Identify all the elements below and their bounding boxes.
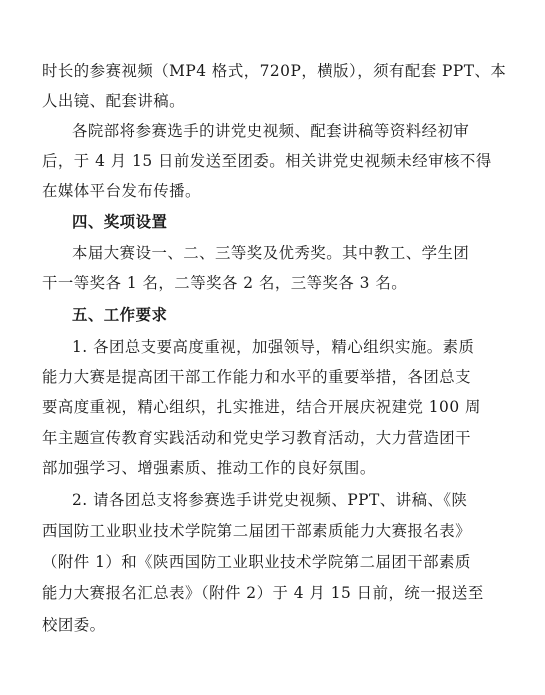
body-line: 在媒体平台发布传播。 [42,176,462,206]
paragraph-start: 2. 请各团总支将参赛选手讲党史视频、PPT、讲稿、《陕 [42,485,462,515]
body-line: 校团委。 [42,610,462,640]
body-line: （附件 1）和《陕西国防工业职业技术学院第二届团干部素质 [42,547,462,577]
body-line: 能力大赛是提高团干部工作能力和水平的重要举措，各团总支 [42,362,462,392]
body-line: 时长的参赛视频（MP4 格式，720P，横版），须有配套 PPT、本 [42,56,462,86]
body-line: 年主题宣传教育实践活动和党史学习教育活动，大力营造团干 [42,423,462,453]
body-line: 要高度重视，精心组织，扎实推进，结合开展庆祝建党 100 周 [42,392,462,422]
paragraph-start: 各院部将参赛选手的讲党史视频、配套讲稿等资料经初审 [42,116,462,146]
paragraph-start: 本届大赛设一、二、三等奖及优秀奖。其中教工、学生团 [42,238,462,268]
body-line: 干一等奖各 1 名，二等奖各 2 名，三等奖各 3 名。 [42,268,462,298]
body-line: 部加强学习、增强素质、推动工作的良好氛围。 [42,453,462,483]
section-heading-awards: 四、奖项设置 [42,207,492,237]
body-line: 后，于 4 月 15 日前发送至团委。相关讲党史视频未经审核不得 [42,146,462,176]
section-heading-requirements: 五、工作要求 [42,300,492,330]
paragraph-start: 1. 各团总支要高度重视，加强领导，精心组织实施。素质 [42,332,462,362]
body-line: 能力大赛报名汇总表》（附件 2）于 4 月 15 日前，统一报送至 [42,578,462,608]
body-line: 西国防工业职业技术学院第二届团干部素质能力大赛报名表》 [42,516,462,546]
body-line: 人出镜、配套讲稿。 [42,86,462,116]
